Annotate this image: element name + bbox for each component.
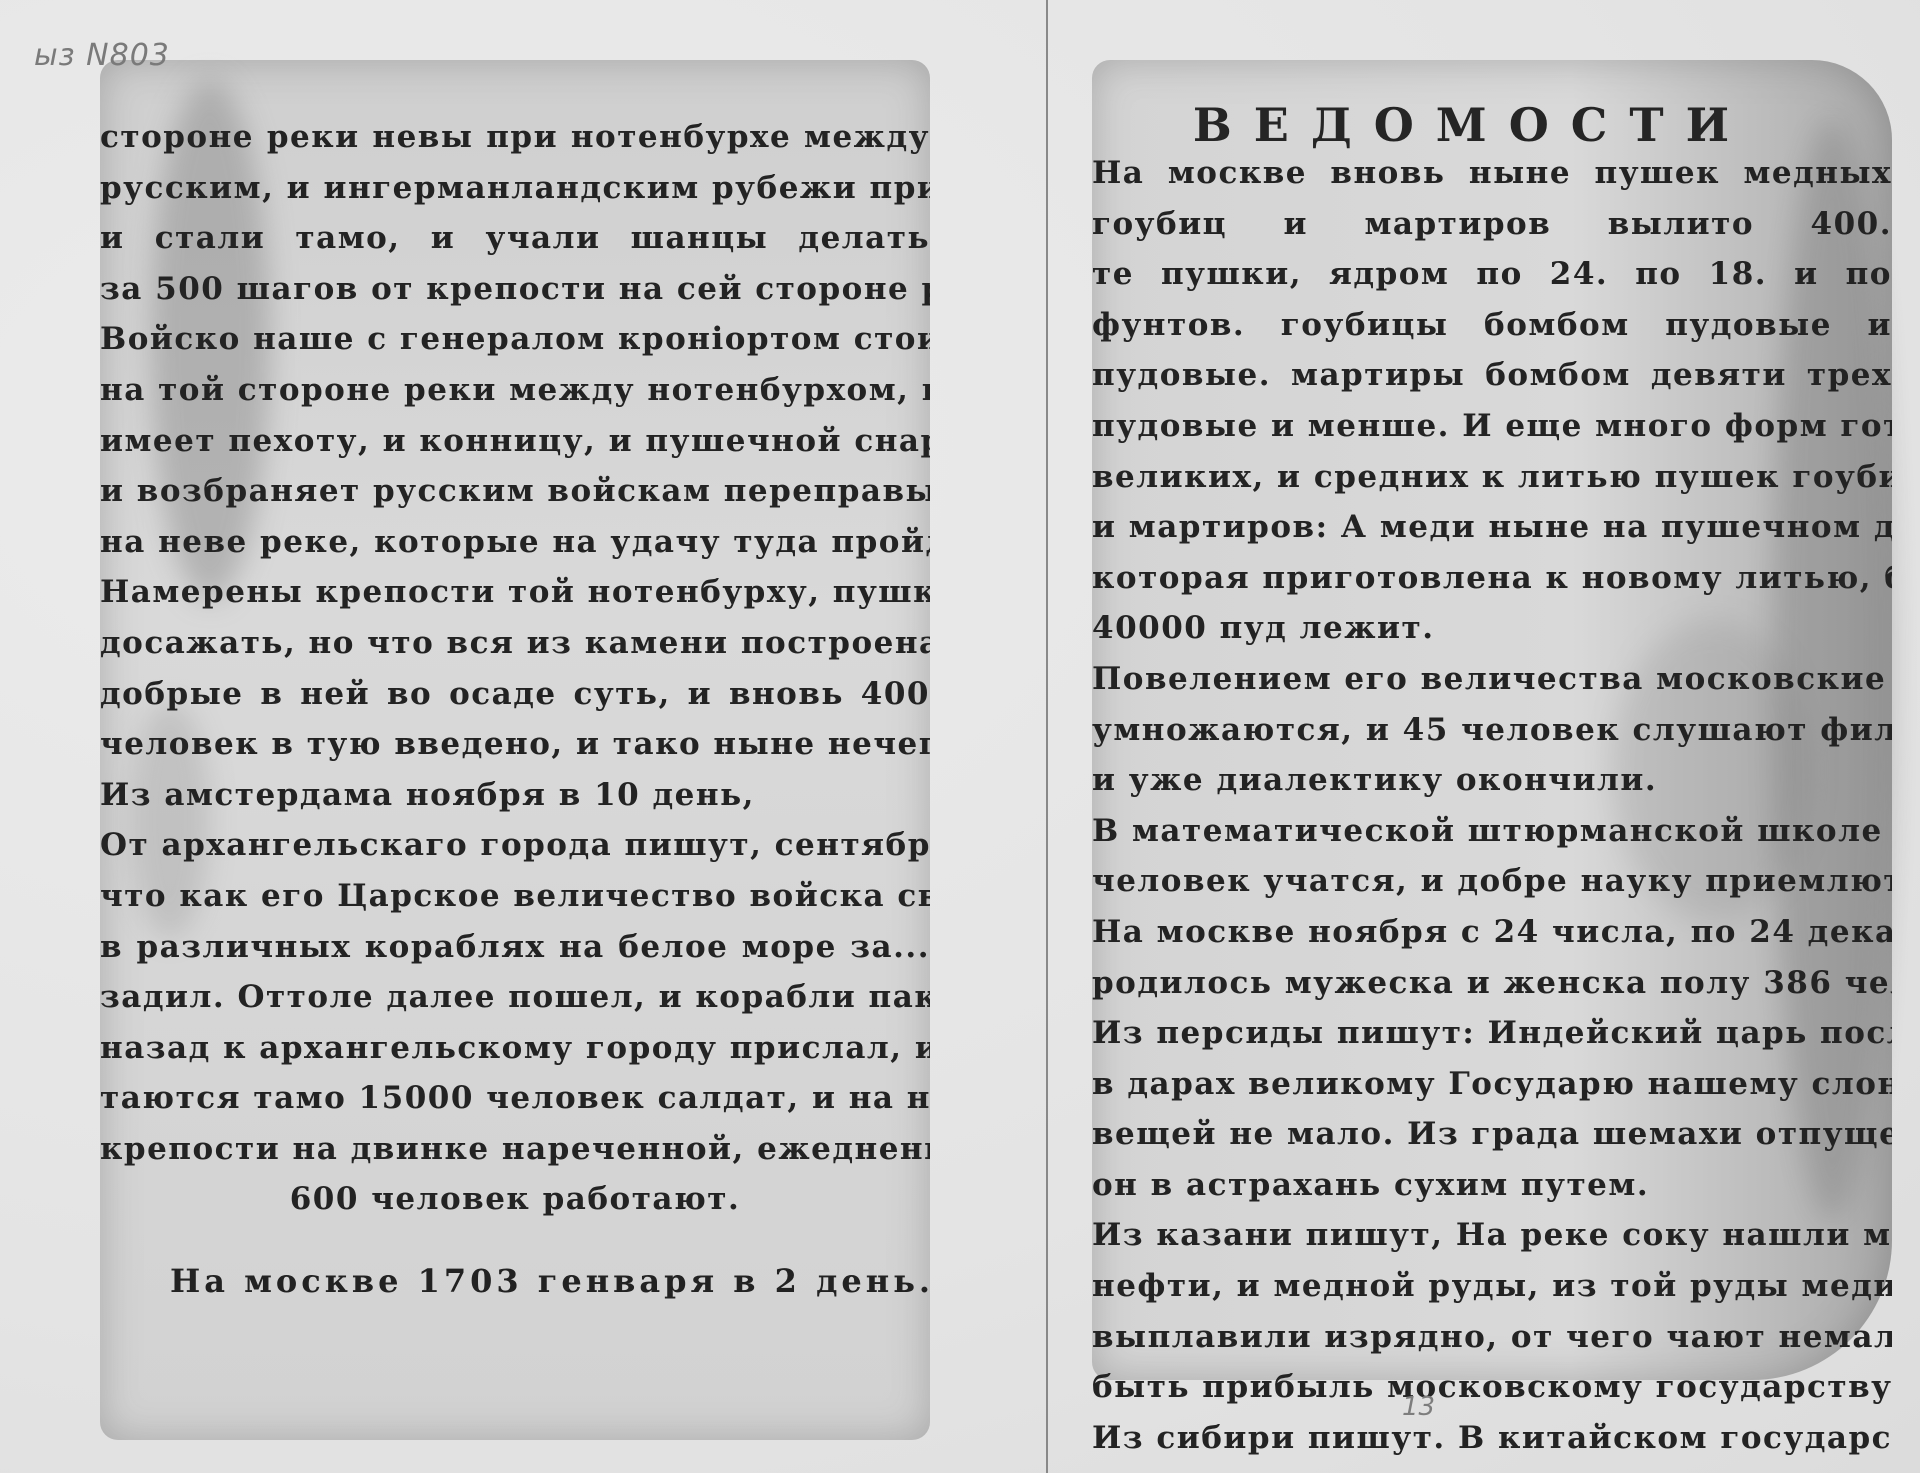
text-line: человек учатся, и добре науку приемлют. <box>1092 856 1892 907</box>
text-line: на той стороне реки между нотенбурхом, и… <box>100 365 930 416</box>
text-line: русским, и ингерманландским рубежи пришл… <box>100 163 930 214</box>
text-line: крепости на двинке нареченной, ежедненно <box>100 1124 930 1175</box>
dateline: На москве 1703 генваря в 2 день. <box>170 1262 934 1300</box>
text-line: родилось мужеска и женска полу 386 челов… <box>1092 958 1892 1009</box>
gazette-title: ВЕДОМОСТИ <box>1092 98 1852 152</box>
right-page-body: На москве вновь ныне пушек медных гоубиц… <box>1092 148 1892 1463</box>
text-line: На москве вновь ныне пушек медных <box>1092 148 1892 199</box>
text-line: вещей не мало. Из града шемахи отпущен <box>1092 1109 1892 1160</box>
text-line: что как его Царское величество войска св… <box>100 871 930 922</box>
text-line: Из сибири пишут. В китайском государстве <box>1092 1413 1892 1464</box>
text-line: На москве ноября с 24 числа, по 24 декаб… <box>1092 907 1892 958</box>
text-line: которая приготовлена к новому литью, бол… <box>1092 553 1892 604</box>
text-line: Из амстердама ноября в 10 день, <box>100 770 930 821</box>
text-line: досажать, но что вся из камени построена… <box>100 618 930 669</box>
text-line: великих, и средних к литью пушек гоубиц <box>1092 452 1892 503</box>
right-page: ВЕДОМОСТИ На москве вновь ныне пушек мед… <box>1052 0 1920 1473</box>
text-line: задил. Оттоле далее пошел, и корабли пак… <box>100 972 930 1023</box>
text-line: пудовые. мартиры бомбом девяти трех <box>1092 350 1892 401</box>
text-line: Намерены крепости той нотенбурху, пушкам <box>100 567 930 618</box>
text-line: В математической штюрманской школе больш… <box>1092 806 1892 857</box>
text-line: назад к архангельскому городу прислал, и… <box>100 1023 930 1074</box>
text-line: Войско наше с генералом кронiортом стоит <box>100 314 930 365</box>
text-line: и стали тамо, и учали шанцы делать <box>100 213 930 264</box>
text-line: за 500 шагов от крепости на сей стороне … <box>100 264 930 315</box>
text-line: таются тамо 15000 человек салдат, и на н… <box>100 1073 930 1124</box>
text-line: в дарах великому Государю нашему слона, … <box>1092 1059 1892 1110</box>
text-line: гоубиц и мартиров вылито 400. <box>1092 199 1892 250</box>
page-number: 13 <box>1402 1392 1435 1422</box>
text-line: выплавили изрядно, от чего чают немалую <box>1092 1312 1892 1363</box>
text-line: 40000 пуд лежит. <box>1092 603 1892 654</box>
text-line: добрые в ней во осаде суть, и вновь 400 <box>100 669 930 720</box>
text-line: на неве реке, которые на удачу туда прой… <box>100 517 930 568</box>
book-spread: ыз N803 стороне реки невы при нотенбурхе… <box>0 0 1920 1473</box>
text-line: человек в тую введено, и тако ныне нечег… <box>100 719 930 770</box>
archive-annotation: ыз N803 <box>34 38 170 73</box>
text-line: стороне реки невы при нотенбурхе между <box>100 112 930 163</box>
text-line: умножаются, и 45 человек слушают философ… <box>1092 705 1892 756</box>
text-line: 600 человек работают. <box>100 1174 930 1225</box>
text-line: в различных кораблях на белое море за... <box>100 922 930 973</box>
text-line: фунтов. гоубицы бомбом пудовые и <box>1092 300 1892 351</box>
book-spine <box>1046 0 1048 1473</box>
text-line: и возбраняет русским войскам переправы <box>100 466 930 517</box>
text-line: пудовые и менше. И еще много форм готовы… <box>1092 401 1892 452</box>
text-line: имеет пехоту, и конницу, и пушечной снар… <box>100 416 930 467</box>
text-line: быть прибыль московскому государству. <box>1092 1362 1892 1413</box>
text-line: От архангельскаго города пишут, сентября… <box>100 820 930 871</box>
text-line: он в астрахань сухим путем. <box>1092 1160 1892 1211</box>
text-line: те пушки, ядром по 24. по 18. и по <box>1092 249 1892 300</box>
text-line: и уже диалектику окончили. <box>1092 755 1892 806</box>
text-line: нефти, и медной руды, из той руды меди <box>1092 1261 1892 1312</box>
text-line: Повелением его величества московские шко… <box>1092 654 1892 705</box>
text-line: Из персиды пишут: Индейский царь послал <box>1092 1008 1892 1059</box>
text-line: Из казани пишут, На реке соку нашли мног… <box>1092 1210 1892 1261</box>
left-page: ыз N803 стороне реки невы при нотенбурхе… <box>0 0 1040 1473</box>
left-page-body: стороне реки невы при нотенбурхе между р… <box>100 112 930 1225</box>
text-line: и мартиров: А меди ныне на пушечном двор… <box>1092 502 1892 553</box>
